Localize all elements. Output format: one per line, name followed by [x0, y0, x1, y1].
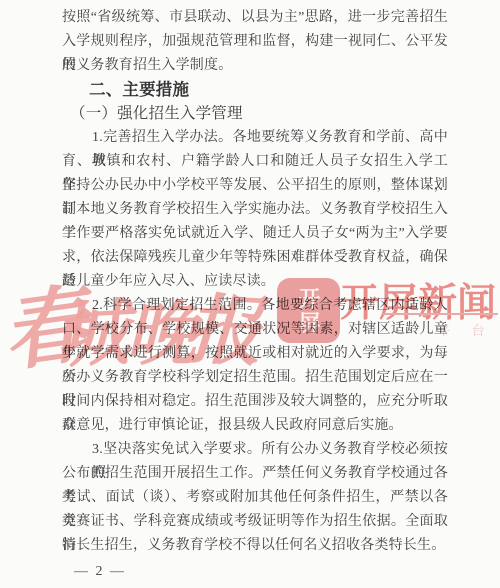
document-page: 按照“省级统筹、市县联动、以县为主”思路，进一步完善招生 入学规则程序，加强规范…	[0, 0, 500, 588]
section-heading: 二、主要措施	[62, 78, 448, 102]
document-body: 按照“省级统筹、市县联动、以县为主”思路，进一步完善招生 入学规则程序，加强规范…	[0, 0, 500, 580]
page-number: — 2 —	[62, 564, 448, 580]
doc-line: 特长生招生，义务教育学校不得以任何名义招收各类特长生。	[62, 534, 448, 558]
doc-line: 3.坚决落实免试入学要求。所有公办义务教育学校必须按照	[62, 438, 448, 462]
doc-line: 公办义务教育学校科学划定招生范围。招生范围划定后应在一段	[62, 366, 448, 390]
doc-line: 众意见，进行审慎论证，报县级人民政府同意后实施。	[62, 414, 448, 438]
doc-line: 龄儿童少年应入尽入、应读尽读。	[62, 270, 448, 294]
doc-line: 求，依法保障残疾儿童少年等特殊困难群体受教育权益，确保适	[62, 246, 448, 270]
doc-line: 公布的招生范围开展招生工作。严禁任何义务教育学校通过各类	[62, 462, 448, 486]
subsection-heading: （一）强化招生入学管理	[62, 102, 448, 126]
doc-line: 入学规则程序，加强规范管理和监督，构建一视同仁、公平发展	[62, 30, 448, 54]
doc-line: 工作要严格落实免试就近入学、随迁人员子女“两为主”入学要	[62, 222, 448, 246]
doc-line: 年就学需求进行测算，按照就近或相对就近的入学要求，为每所	[62, 342, 448, 366]
doc-line: 1.完善招生入学办法。各地要统筹义务教育和学前、高中教	[62, 126, 448, 150]
doc-line: 时间内保持相对稳定。招生范围涉及较大调整的，应充分听取群	[62, 390, 448, 414]
doc-line: 坚持公办民办中小学校平等发展、公平招生的原则，整体谋划制	[62, 174, 448, 198]
doc-line: 育、城镇和农村、户籍学龄人口和随迁人员子女招生入学工作，	[62, 150, 448, 174]
doc-line: 的义务教育招生入学制度。	[62, 54, 448, 78]
doc-line: 2.科学合理划定招生范围。各地要综合考虑辖区内适龄人	[62, 294, 448, 318]
doc-line: 按照“省级统筹、市县联动、以县为主”思路，进一步完善招生	[62, 6, 448, 30]
doc-line: 订本地义务教育学校招生入学实施办法。义务教育学校招生入学	[62, 198, 448, 222]
doc-line: 竞赛证书、学科竞赛成绩或考级证明等作为招生依据。全面取消	[62, 510, 448, 534]
doc-line: 考试、面试（谈）、考察或附加其他任何条件招生，严禁以各类	[62, 486, 448, 510]
doc-line: 口、学校分布、学校规模、交通状况等因素，对辖区适龄儿童少	[62, 318, 448, 342]
